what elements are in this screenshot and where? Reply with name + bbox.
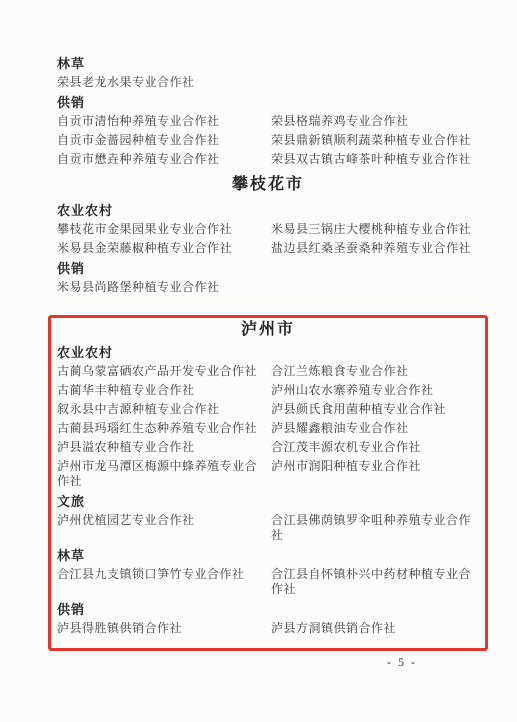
city-heading-panzhihua: 攀枝花市 [57,175,479,195]
coop-row: 自贡市金蔷园种植专业合作社 荣县鼎新镇顺利蔬菜种植专业合作社 [57,133,479,148]
coop-name: 合江兰炼粮食专业合作社 [271,364,479,379]
section-header-linecao: 林草 [57,548,479,563]
coop-name: 米易县三锅庄大樱桃种植专业合作社 [271,222,479,237]
coop-name [271,280,479,295]
coop-row: 叙永县中吉源种植专业合作社 泸县颜氏食用菌种植专业合作社 [57,402,479,417]
coop-name: 泸州市润阳种植专业合作社 [271,459,479,489]
coop-name: 古蔺乌蒙富硒农产品开发专业合作社 [57,364,265,379]
coop-name: 合江县佛荫镇罗伞咀种养殖专业合作社 [271,513,479,543]
coop-name: 米易县尚路堡种植专业合作社 [57,280,265,295]
coop-name: 泸州优植园艺专业合作社 [57,513,265,543]
coop-name: 荣县鼎新镇顺利蔬菜种植专业合作社 [271,133,479,148]
coop-row: 古蔺华丰种植专业合作社 泸州山农水寨养殖专业合作社 [57,383,479,398]
section-header-nongyenongcun: 农业农村 [57,345,479,360]
section-header-linecao: 林草 [57,56,479,71]
coop-row: 泸州优植园艺专业合作社 合江县佛荫镇罗伞咀种养殖专业合作社 [57,513,479,543]
coop-name: 古蔺县玛瑙红生态种养殖专业合作社 [57,421,265,436]
coop-name: 攀枝花市金果园果业专业合作社 [57,222,265,237]
coop-name: 自贡市懋垚种养殖专业合作社 [57,152,265,167]
page-number: - 5 - [57,651,479,670]
section-header-gongxiao: 供销 [57,261,479,276]
coop-row: 米易县金荣藤椒种植专业合作社 盐边县红桑圣蚕桑种养殖专业合作社 [57,241,479,256]
section-header-wenlv: 文旅 [57,494,479,509]
coop-name: 泸县得胜镇供销合作社 [57,621,265,636]
coop-name: 泸县溢农种植专业合作社 [57,440,265,455]
coop-name: 古蔺华丰种植专业合作社 [57,383,265,398]
coop-name: 荣县双古镇古峰茶叶种植专业合作社 [271,152,479,167]
city-heading-luzhou: 泸州市 [57,320,479,340]
coop-name: 荣县格瑞养鸡专业合作社 [271,114,479,129]
coop-name [271,75,479,90]
coop-row: 古蔺县玛瑙红生态种养殖专业合作社 泸县耀鑫粮油专业合作社 [57,421,479,436]
coop-name: 泸县颜氏食用菌种植专业合作社 [271,402,479,417]
section-header-gongxiao: 供销 [57,95,479,110]
coop-row: 泸县得胜镇供销合作社 泸县方洞镇供销合作社 [57,621,479,636]
coop-name: 泸州山农水寨养殖专业合作社 [271,383,479,398]
coop-name: 盐边县红桑圣蚕桑种养殖专业合作社 [271,241,479,256]
coop-name: 合江县自怀镇朴兴中药材种植专业合作社 [271,567,479,597]
coop-row: 泸县溢农种植专业合作社 合江茂丰源农机专业合作社 [57,440,479,455]
coop-name: 叙永县中吉源种植专业合作社 [57,402,265,417]
coop-name: 合江茂丰源农机专业合作社 [271,440,479,455]
coop-row: 合江县九支镇锁口笋竹专业合作社 合江县自怀镇朴兴中药材种植专业合作社 [57,567,479,597]
coop-row: 泸州市龙马潭区梅源中蜂养殖专业合作社 泸州市润阳种植专业合作社 [57,459,479,489]
coop-name: 泸县耀鑫粮油专业合作社 [271,421,479,436]
section-header-nongyenongcun: 农业农村 [57,203,479,218]
coop-name: 米易县金荣藤椒种植专业合作社 [57,241,265,256]
coop-name: 自贡市金蔷园种植专业合作社 [57,133,265,148]
coop-row: 古蔺乌蒙富硒农产品开发专业合作社 合江兰炼粮食专业合作社 [57,364,479,379]
coop-row: 荣县老龙水果专业合作社 [57,75,479,90]
coop-name: 荣县老龙水果专业合作社 [57,75,265,90]
coop-row: 自贡市清怡种养殖专业合作社 荣县格瑞养鸡专业合作社 [57,114,479,129]
coop-name: 泸县方洞镇供销合作社 [271,621,479,636]
coop-name: 自贡市清怡种养殖专业合作社 [57,114,265,129]
document-page: 林草 荣县老龙水果专业合作社 供销 自贡市清怡种养殖专业合作社 荣县格瑞养鸡专业… [0,0,517,722]
coop-name: 泸州市龙马潭区梅源中蜂养殖专业合作社 [57,459,265,489]
coop-row: 米易县尚路堡种植专业合作社 [57,280,479,295]
coop-row: 攀枝花市金果园果业专业合作社 米易县三锅庄大樱桃种植专业合作社 [57,222,479,237]
highlight-box: 泸州市 农业农村 古蔺乌蒙富硒农产品开发专业合作社 合江兰炼粮食专业合作社 古蔺… [48,315,488,651]
coop-name: 合江县九支镇锁口笋竹专业合作社 [57,567,265,597]
coop-row: 自贡市懋垚种养殖专业合作社 荣县双古镇古峰茶叶种植专业合作社 [57,152,479,167]
section-header-gongxiao: 供销 [57,602,479,617]
page-content: 林草 荣县老龙水果专业合作社 供销 自贡市清怡种养殖专业合作社 荣县格瑞养鸡专业… [0,0,517,670]
